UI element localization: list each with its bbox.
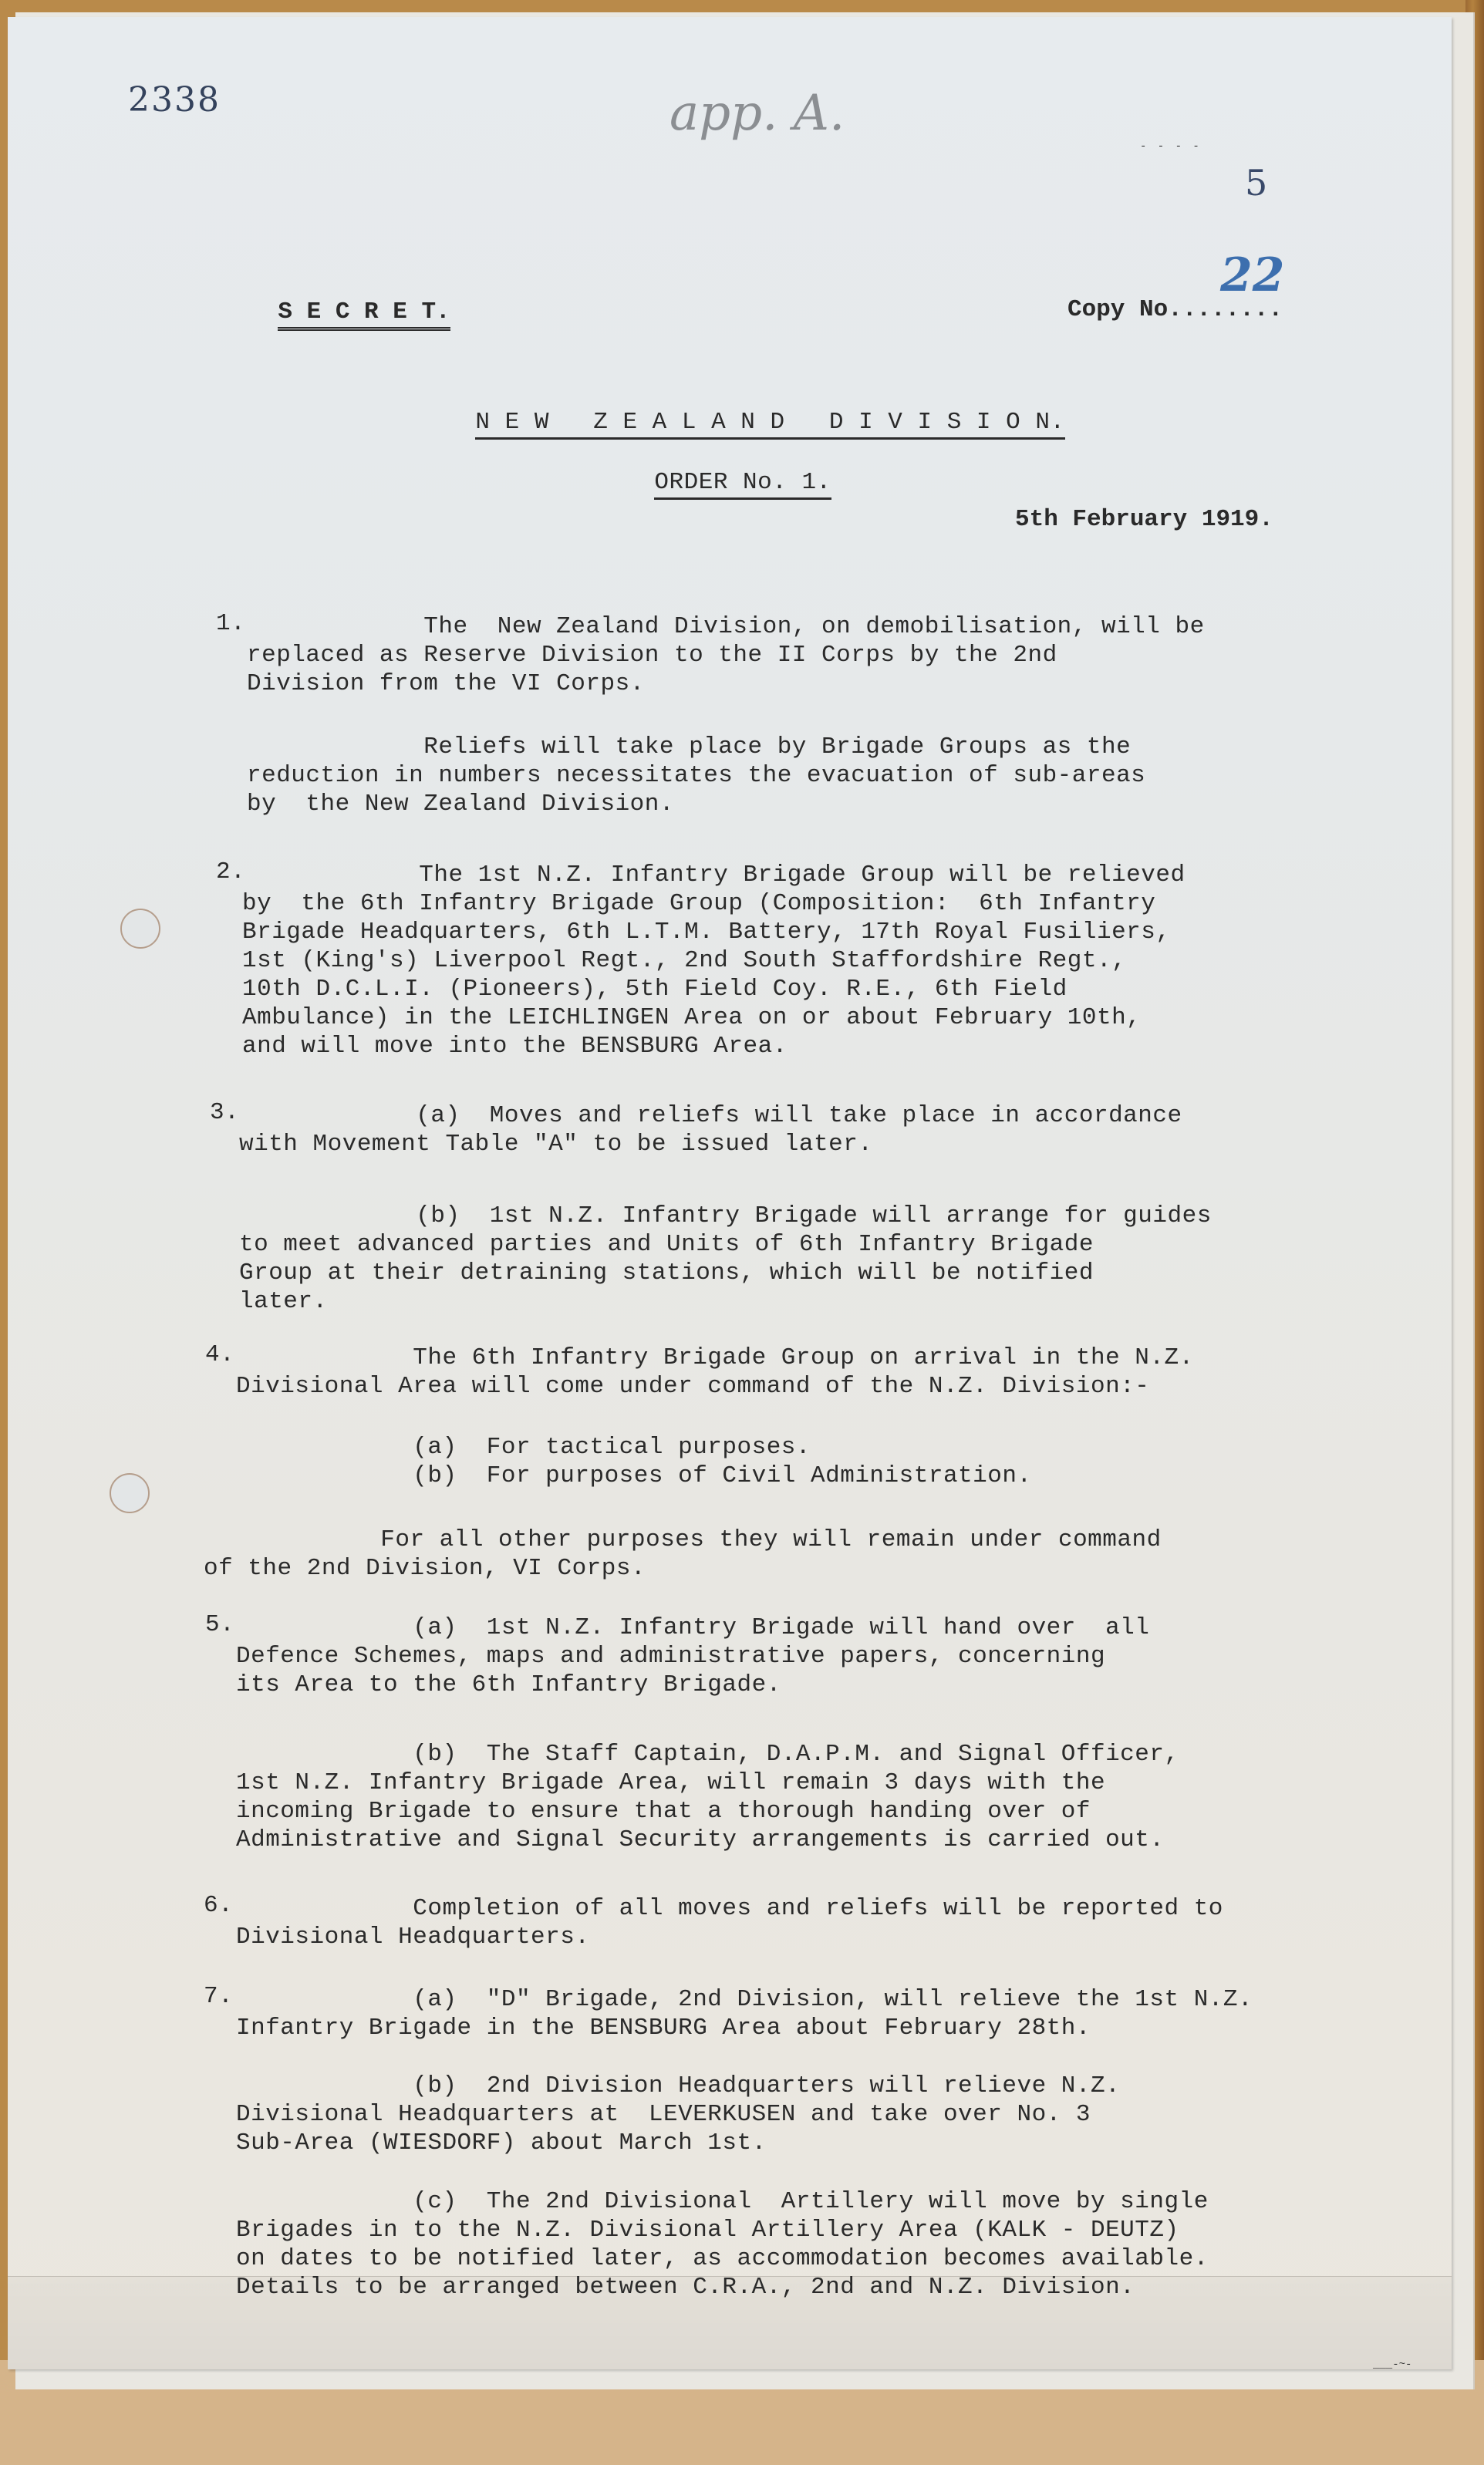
copy-number-label: Copy No........ <box>1067 296 1283 323</box>
list-item: (a) For tactical purposes. <box>236 1433 811 1462</box>
pencil-annotation: app. A. <box>669 85 845 142</box>
copy-number-handwritten: 22 <box>1220 248 1285 302</box>
typist-mark: ___-~- <box>1373 2359 1411 2371</box>
dash-mark: - - - - <box>1140 140 1202 153</box>
list-item: (b) For purposes of Civil Administration… <box>236 1462 1032 1490</box>
classification-text: S E C R E T. <box>278 298 450 331</box>
page-number-stamp: 5 <box>1245 162 1267 204</box>
classification-label: S E C R E T. <box>221 271 450 352</box>
punch-hole-icon <box>110 1473 150 1513</box>
punch-hole-icon <box>120 909 160 949</box>
order-title: ORDER No. 1. <box>595 440 831 525</box>
document-page: 2338 app. A. - - - - 5 S E C R E T. 22 C… <box>8 17 1452 2369</box>
file-number-stamp: 2338 <box>128 80 221 120</box>
order-date: 5th February 1919. <box>1015 506 1273 533</box>
